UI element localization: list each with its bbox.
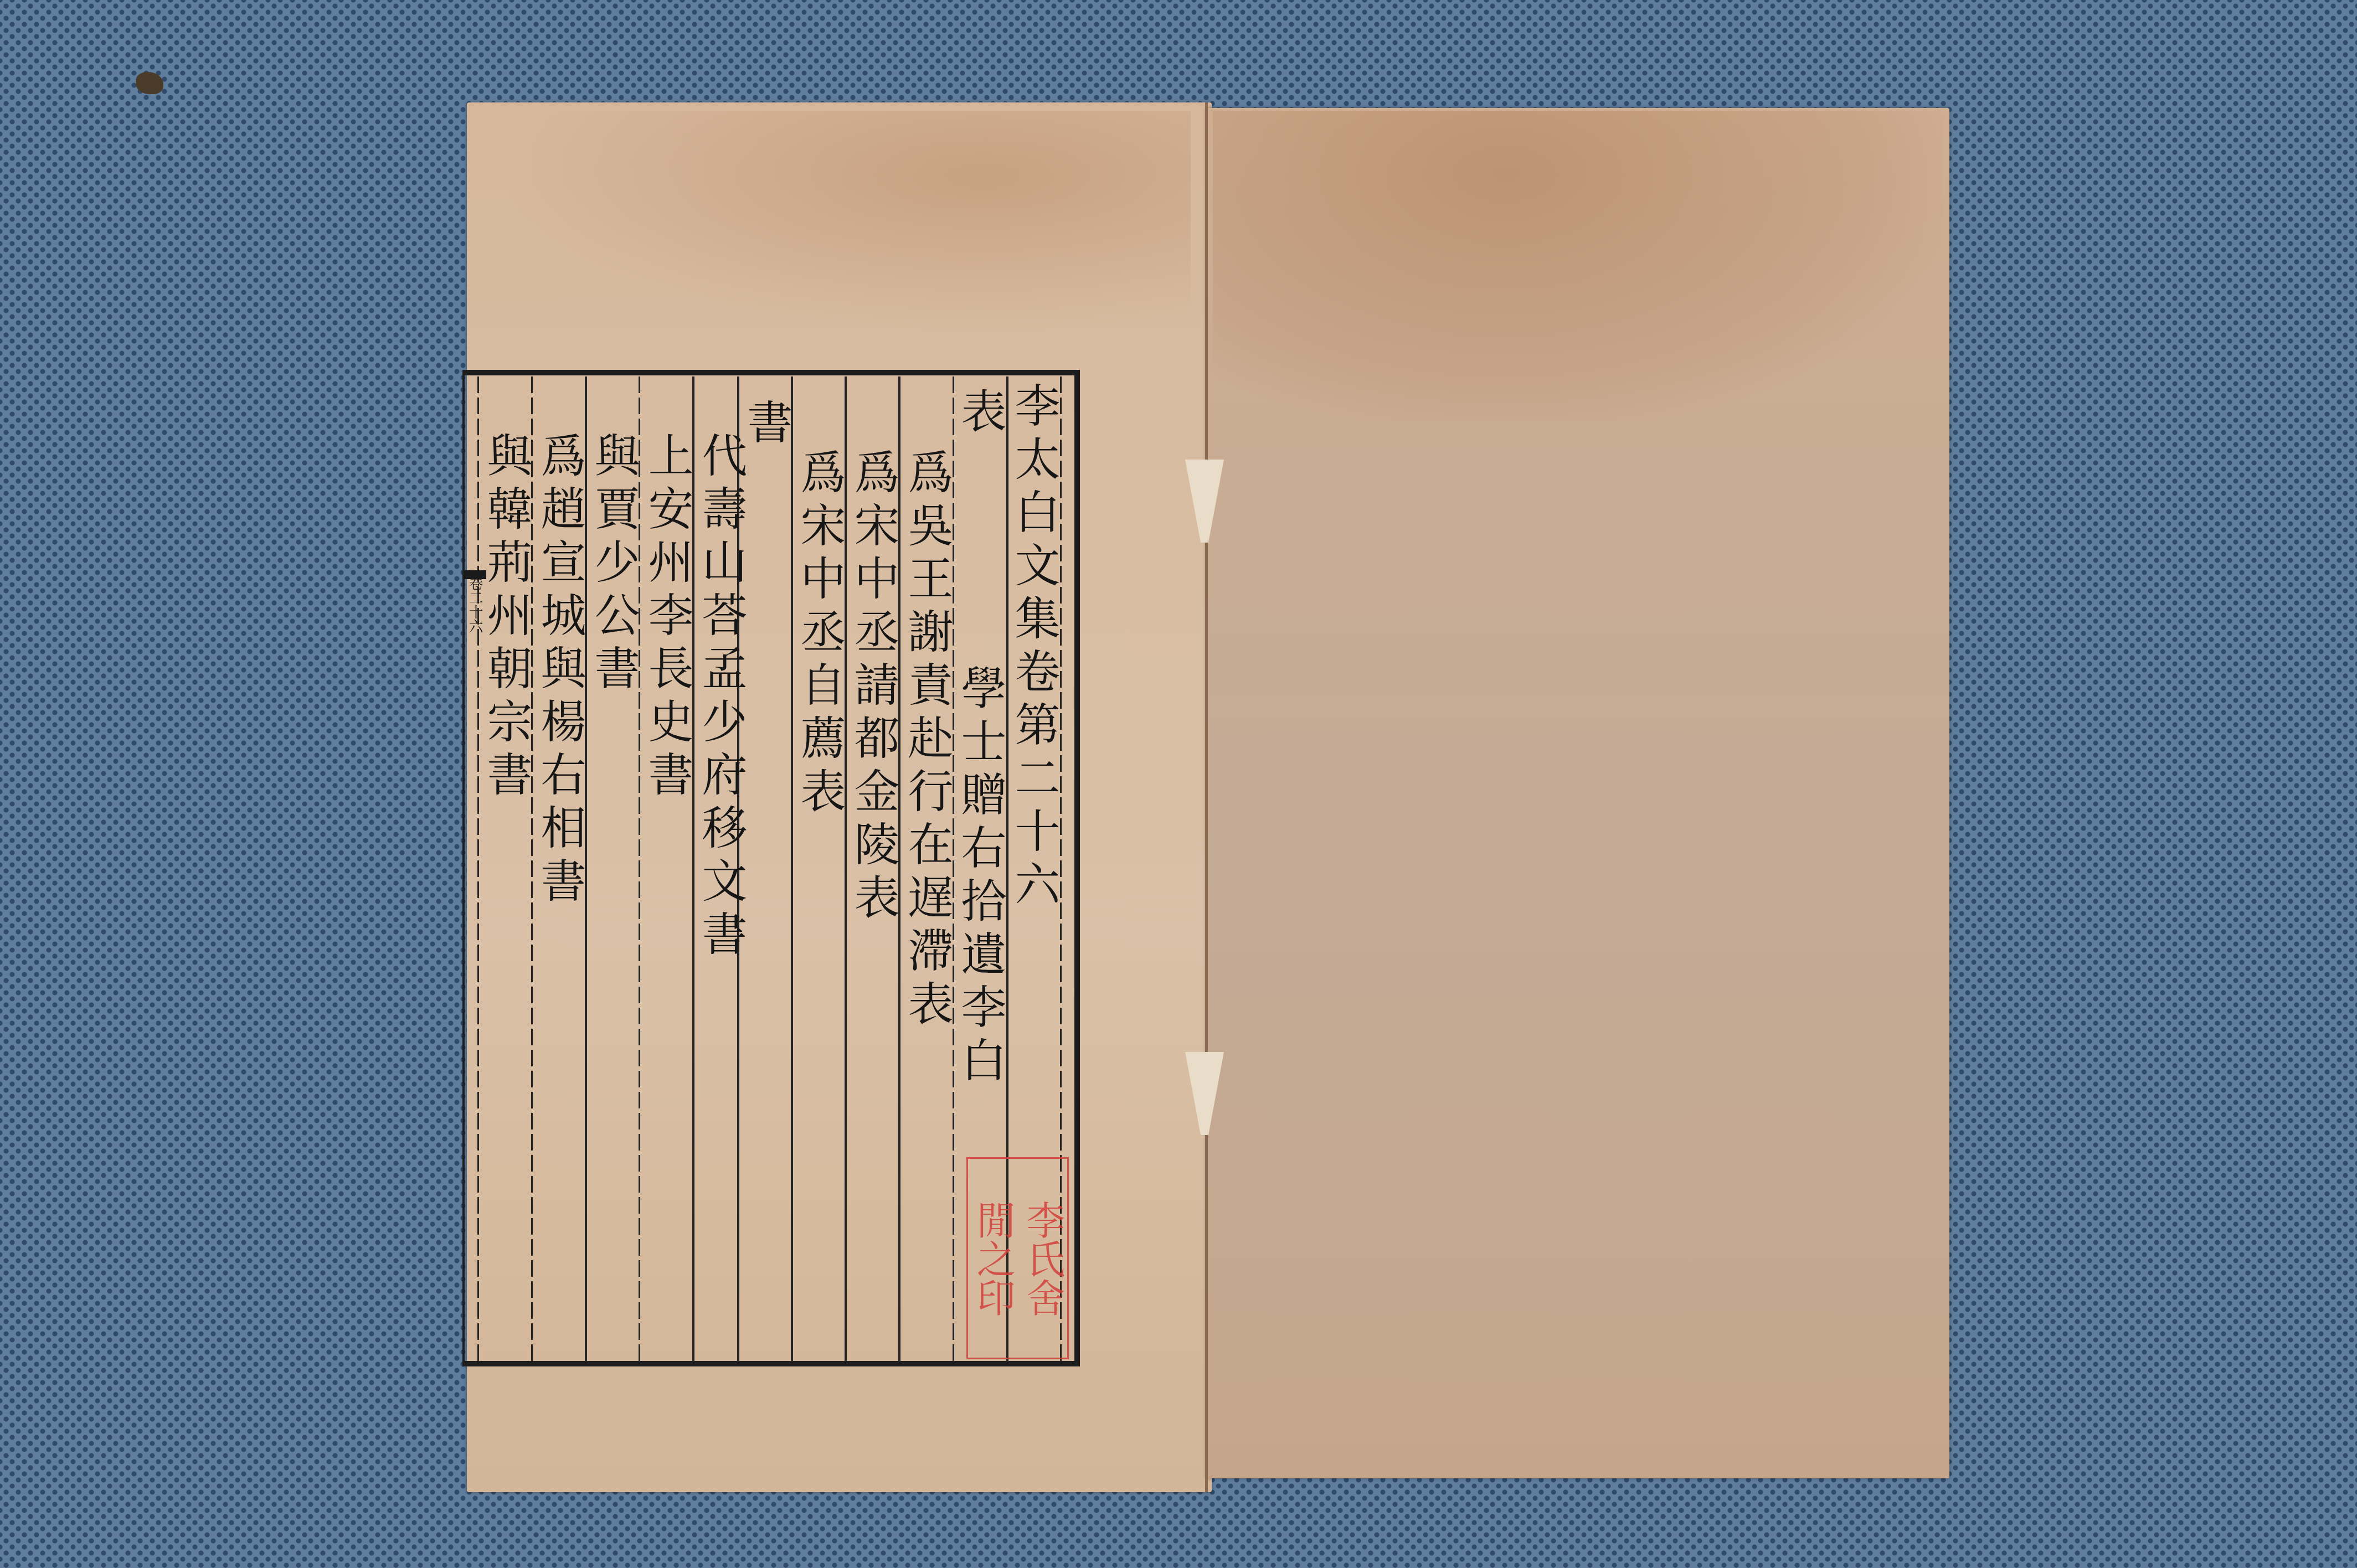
seal-chars-right: 李氏舍 [1021, 1200, 1064, 1317]
water-stain-left [498, 111, 1191, 332]
toc-entry: 與賈少公書 [590, 432, 636, 698]
toc-entry: 上安州李長史書 [644, 432, 689, 804]
toc-entry: 爲宋中丞請都金陵表 [850, 448, 896, 927]
debris-speck [136, 72, 163, 94]
toc-entry: 爲趙宣城與楊右相書 [537, 432, 582, 910]
toc-entry: 爲宋中丞自薦表 [796, 448, 842, 821]
toc-entry: 爲吳王謝責赴行在遅滯表 [904, 448, 949, 1033]
section-heading-shu: 書 [743, 399, 789, 452]
column-rule [477, 376, 479, 1362]
toc-entry: 與韓荊州朝宗書 [483, 432, 528, 804]
toc-entry: 代壽山荅孟少府移文書 [698, 432, 743, 963]
author-line: 學士贈右拾遺李白 [957, 664, 1002, 1090]
volume-title: 李太白文集卷第二十六 [1011, 382, 1056, 914]
water-stain-right [1213, 111, 1944, 421]
seal-chars-left: 閒之印 [971, 1200, 1014, 1317]
book-spine-fold [1205, 102, 1208, 1492]
collector-seal: 李氏舍 閒之印 [966, 1157, 1069, 1359]
section-heading-biao: 表 [957, 388, 1002, 441]
